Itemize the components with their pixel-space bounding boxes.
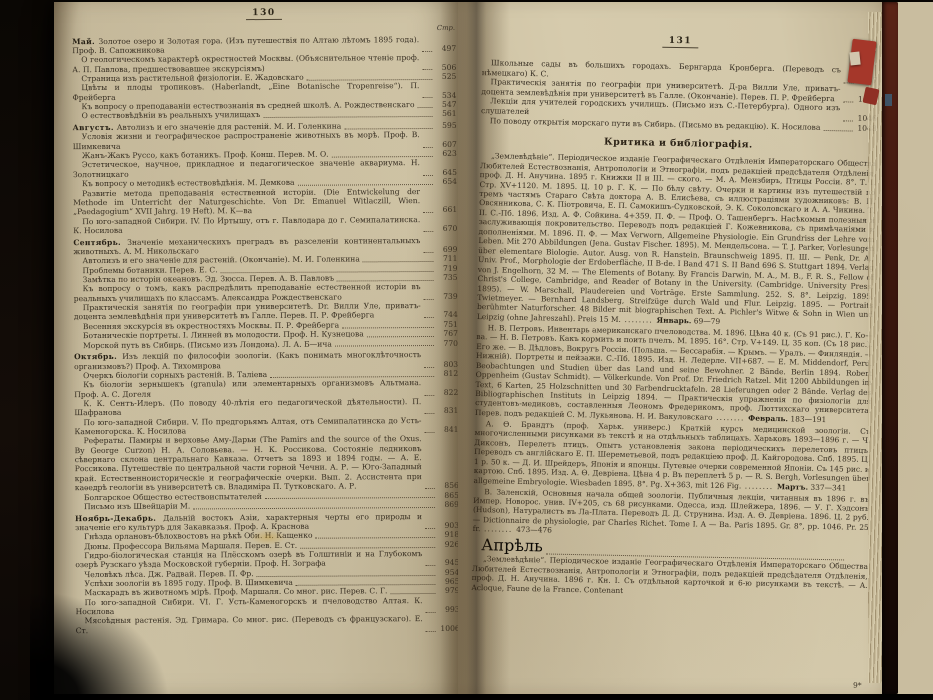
toc-entry-text: О естествовѣдѣніи въ реальныхъ училищахъ <box>73 110 261 120</box>
toc-entry-page: 993 <box>438 605 460 614</box>
dotted-leader <box>423 212 433 213</box>
toc-entry-text: Морской путь въ Сибирь. (Письмо изъ Лонд… <box>74 339 332 350</box>
toc-entry-page: 856 <box>437 481 459 490</box>
toc-entry-page: 623 <box>435 149 457 158</box>
toc-entry-text: По юго-западной Сибири. V. По предгорьям… <box>74 416 421 437</box>
dotted-leader <box>422 97 432 98</box>
toc-entry-page: 812 <box>436 369 458 378</box>
dotted-leader <box>425 432 435 433</box>
dotted-leader <box>424 395 434 396</box>
toc-entry: По юго-западной Сибири. V. По предгорьям… <box>74 416 458 437</box>
toc-entry: Письмо изъ Швейцаріи М. 869 <box>75 500 459 512</box>
toc-entry-text: Условія жизни и географическое распростр… <box>73 130 420 151</box>
dotted-leader <box>300 547 435 549</box>
toc-entry-page: 595 <box>435 121 457 130</box>
toc-entry: По юго-западной Сибири. IV. По Иртышу, о… <box>73 214 457 235</box>
toc-entry-page: 719 <box>435 264 457 273</box>
dotted-leader <box>344 128 432 130</box>
toc-entry: Цвѣты и плоды тропиковъ. (Haberlandt, „E… <box>72 81 456 102</box>
toc-entry: Эстетическое, научное, прикладное и педа… <box>73 158 457 179</box>
dotted-leader <box>426 631 436 632</box>
dotted-leader <box>425 528 435 529</box>
toc-entry-page: 547 <box>434 100 456 109</box>
toc-entry-page: 525 <box>434 72 456 81</box>
toc-entry-page: 506 <box>434 62 456 71</box>
toc-entry: Гидро-біологическая станція на Плёсскомъ… <box>75 549 459 570</box>
toc-entry-page: 735 <box>436 273 458 282</box>
bibliography-paragraph: А. Ѳ. Брандтъ (проф. Харьк. универс.) Кр… <box>474 419 871 493</box>
dot-leader: ........ <box>621 315 657 325</box>
dotted-leader <box>316 537 436 539</box>
dotted-leader <box>363 261 434 262</box>
paragraph-text: Н. В. Петровъ. Инвентарь американскаго п… <box>475 323 873 422</box>
month-label: Май. <box>72 37 98 46</box>
toc-entry-page: 751 <box>436 320 458 329</box>
toc-entry-text: Мясоѣдныя растенія. Эд. Гримара. Со мног… <box>76 615 423 636</box>
dotted-leader <box>423 252 433 253</box>
toc-entry-page: 711 <box>435 254 457 263</box>
open-book: 130 Стр. Май. Золотое озеро и Золотая го… <box>54 2 933 694</box>
toc-entry-page: 699 <box>435 245 457 254</box>
section-title: Критика и библіографія. <box>481 134 877 153</box>
toc-entry-page: 869 <box>437 500 459 509</box>
paragraph-text: А. Ѳ. Брандтъ (проф. Харьк. универс.) Кр… <box>474 419 871 490</box>
toc-entry-text: По юго-западной Сибири. IV. По Иртышу, о… <box>73 215 420 236</box>
toc-entry: К. К. Сентъ-Илеръ. (По поводу 40-лѣтія е… <box>74 397 458 418</box>
right-page-number: 131 <box>663 36 699 49</box>
bibliography-paragraph: Н. В. Петровъ. Инвентарь американскаго п… <box>475 323 873 425</box>
toc-entry-page: 865 <box>437 490 459 499</box>
toc-entry-text: Апрѣль <box>472 535 543 555</box>
right-toc-list: Школьные сады въ большихъ городахъ. Берн… <box>481 58 878 133</box>
toc-entry-page: 918 <box>437 530 459 539</box>
dotted-leader <box>342 327 434 329</box>
toc-entry-page: 497 <box>434 44 456 53</box>
left-page-content: 130 Стр. Май. Золотое озеро и Золотая го… <box>72 7 460 689</box>
dotted-leader <box>425 488 435 489</box>
toc-entry: Май. Золотое озеро и Золотая гора. (Изъ … <box>72 34 456 55</box>
dotted-leader <box>423 175 433 176</box>
page-range: 183—191 <box>791 414 827 424</box>
dotted-leader <box>843 120 853 121</box>
toc-entry-page: 561 <box>435 109 457 118</box>
toc-entry-page: 1006 <box>438 624 460 633</box>
toc-entry-page: 670 <box>435 224 457 233</box>
page-edges <box>868 12 882 684</box>
toc-entry: О естествовѣдѣніи въ реальныхъ училищахъ… <box>73 109 457 121</box>
toc-entry-page: 645 <box>435 168 457 177</box>
month-label: Сентябрь. <box>73 238 127 247</box>
bibliography-paragraphs: „Землевѣдѣніе“. Періодическое изданіе Ге… <box>472 151 877 600</box>
dotted-leader <box>390 593 435 594</box>
left-page: 130 Стр. Май. Золотое озеро и Золотая го… <box>54 2 458 694</box>
toc-entry-text: Письмо изъ Швейцаріи М. <box>75 501 190 511</box>
bibliography-paragraph: „Землевѣдѣніе“. Періодическое изданіе Ге… <box>477 151 876 329</box>
toc-entry-page: 661 <box>435 205 457 214</box>
toc-entry: Условія жизни и географическое распростр… <box>73 130 457 151</box>
dotted-leader <box>298 184 434 186</box>
toc-entry: Практическія занятія по географіи при ун… <box>74 301 458 322</box>
dotted-leader <box>425 565 435 566</box>
page-stain <box>250 530 286 545</box>
dotted-leader <box>424 317 434 318</box>
page-range: 337—341 <box>811 482 847 492</box>
toc-entry-text: Сентябрь. Значеніе механическихъ преград… <box>73 236 420 257</box>
month-label: Ноябрь-Декабрь. <box>75 513 163 523</box>
dotted-leader <box>307 79 433 81</box>
dotted-leader <box>296 584 436 586</box>
dotted-leader <box>424 413 434 414</box>
dot-leader: ........ <box>481 524 517 534</box>
left-toc-list: Май. Золотое озеро и Золотая гора. (Изъ … <box>72 34 460 635</box>
dotted-leader <box>423 147 433 148</box>
dotted-leader <box>426 612 436 613</box>
toc-entry-page: 803 <box>436 360 458 369</box>
month-ref: Январь. <box>657 316 692 326</box>
toc-entry-text: Практическія занятія по географіи при ун… <box>74 301 421 322</box>
page-range: 473—476 <box>516 525 552 535</box>
left-column-header: Стр. <box>72 24 456 34</box>
dotted-leader <box>422 69 432 70</box>
toc-entry: Развитіе метода преподаванія естественно… <box>73 186 457 216</box>
toc-entry-text: Октябрь. Изъ лекцій по философіи зоологі… <box>74 350 421 371</box>
signature-mark: 9* <box>853 681 862 690</box>
blue-mark <box>885 94 892 106</box>
toc-entry: Сентябрь. Значеніе механическихъ преград… <box>73 236 457 257</box>
paragraph-text: „Землевѣдѣніе“. Періодическое изданіе Ге… <box>477 151 876 323</box>
toc-entry-page: 767 <box>436 329 458 338</box>
dot-leader: ........ <box>713 413 749 423</box>
white-label <box>849 52 860 66</box>
toc-entry-text: Эстетическое, научное, прикладное и педа… <box>73 159 420 180</box>
month-label: Октябрь. <box>74 352 122 361</box>
toc-entry: Октябрь. Изъ лекцій по философіи зоологі… <box>74 350 458 371</box>
left-page-number: 130 <box>246 8 282 20</box>
dotted-leader <box>424 367 434 368</box>
toc-entry-page: 607 <box>435 140 457 149</box>
toc-entry-page: 654 <box>435 177 457 186</box>
dotted-leader <box>337 280 434 282</box>
dotted-leader <box>422 51 432 52</box>
toc-entry-text: Май. Золотое озеро и Золотая гора. (Изъ … <box>72 35 419 56</box>
bibliography-paragraph: „Землевѣдѣніе“. Періодическое изданіе Ге… <box>472 554 869 600</box>
page-range: 69—79 <box>694 316 721 326</box>
dotted-leader <box>332 156 433 158</box>
right-page-content: 131 Стр. Школьные сады въ большихъ город… <box>470 32 879 692</box>
toc-entry-page: 965 <box>437 577 459 586</box>
toc-entry-text: Ноябрь-Декабрь. Дальній востокъ Азіи, ха… <box>75 512 422 533</box>
month-ref: Мартъ. <box>777 482 808 492</box>
toc-entry: О геологическомъ характерѣ окрестностей … <box>72 53 456 74</box>
dotted-leader <box>193 507 435 509</box>
toc-entry-page: 822 <box>436 388 458 397</box>
toc-entry-text: По юго-западной Сибири. VI. Г. Усть-Каме… <box>76 596 423 617</box>
toc-entry-text: Рефераты. Памиры и верховье Аму-Дарьи (T… <box>75 434 422 492</box>
dotted-leader <box>335 345 434 347</box>
toc-entry-page: 739 <box>436 292 458 301</box>
dotted-leader <box>418 107 433 108</box>
dotted-leader <box>263 116 432 118</box>
toc-entry-page: 534 <box>434 90 456 99</box>
toc-entry-text: Къ біологіи зернышекъ (granula) или элем… <box>74 378 421 399</box>
toc-entry-page: 903 <box>437 521 459 530</box>
toc-entry-page: 744 <box>436 310 458 319</box>
paragraph-text: „Землевѣдѣніе“. Періодическое изданіе Ге… <box>472 554 869 594</box>
dotted-leader <box>424 299 434 300</box>
toc-entry-text: Развитіе метода преподаванія естественно… <box>73 187 420 217</box>
toc-entry-page: 770 <box>436 338 458 347</box>
toc-entry-text: К. К. Сентъ-Илеръ. (По поводу 40-лѣтія е… <box>74 397 421 418</box>
toc-entry: Къ біологіи зернышекъ (granula) или элем… <box>74 378 458 399</box>
month-ref: Февраль. <box>748 413 788 423</box>
toc-entry: Мясоѣдныя растенія. Эд. Гримара. Со мног… <box>76 614 460 635</box>
toc-entry-page: 954 <box>437 568 459 577</box>
toc-entry-page: 831 <box>436 406 458 415</box>
toc-entry-page: 926 <box>437 540 459 549</box>
toc-entry-text: О геологическомъ характерѣ окрестностей … <box>72 53 419 74</box>
book-photo: 130 Стр. Май. Золотое озеро и Золотая го… <box>0 0 933 700</box>
right-page: 131 Стр. Школьные сады въ большихъ город… <box>458 2 898 694</box>
toc-entry-page: 979 <box>437 586 459 595</box>
bibliography-paragraph: В. Заленскій, Основныя начала общей зоол… <box>473 487 870 542</box>
toc-entry: Къ вопросу о томъ, какъ распредѣлить пре… <box>74 282 458 303</box>
toc-entry-text: Цвѣты и плоды тропиковъ. (Haberlandt, „E… <box>72 81 419 102</box>
toc-entry-page: 841 <box>436 425 458 434</box>
dotted-leader <box>367 336 434 337</box>
month-label: Августъ. <box>73 123 117 132</box>
dotted-leader <box>423 231 433 232</box>
toc-entry-text: Къ вопросу о томъ, какъ распредѣлить пре… <box>74 282 421 303</box>
toc-entry: Морской путь въ Сибирь. (Письмо изъ Лонд… <box>74 338 458 350</box>
toc-entry: По юго-западной Сибири. VI. Г. Усть-Каме… <box>76 596 460 617</box>
dotted-leader <box>824 130 853 132</box>
toc-entry-text: Гидро-біологическая станція на Плёсскомъ… <box>75 549 422 570</box>
toc-entry: Рефераты. Памиры и верховье Аму-Дарьи (T… <box>75 434 459 492</box>
toc-entry-page: 945 <box>437 558 459 567</box>
dotted-leader <box>844 101 854 102</box>
dot-leader: ........ <box>742 481 778 491</box>
